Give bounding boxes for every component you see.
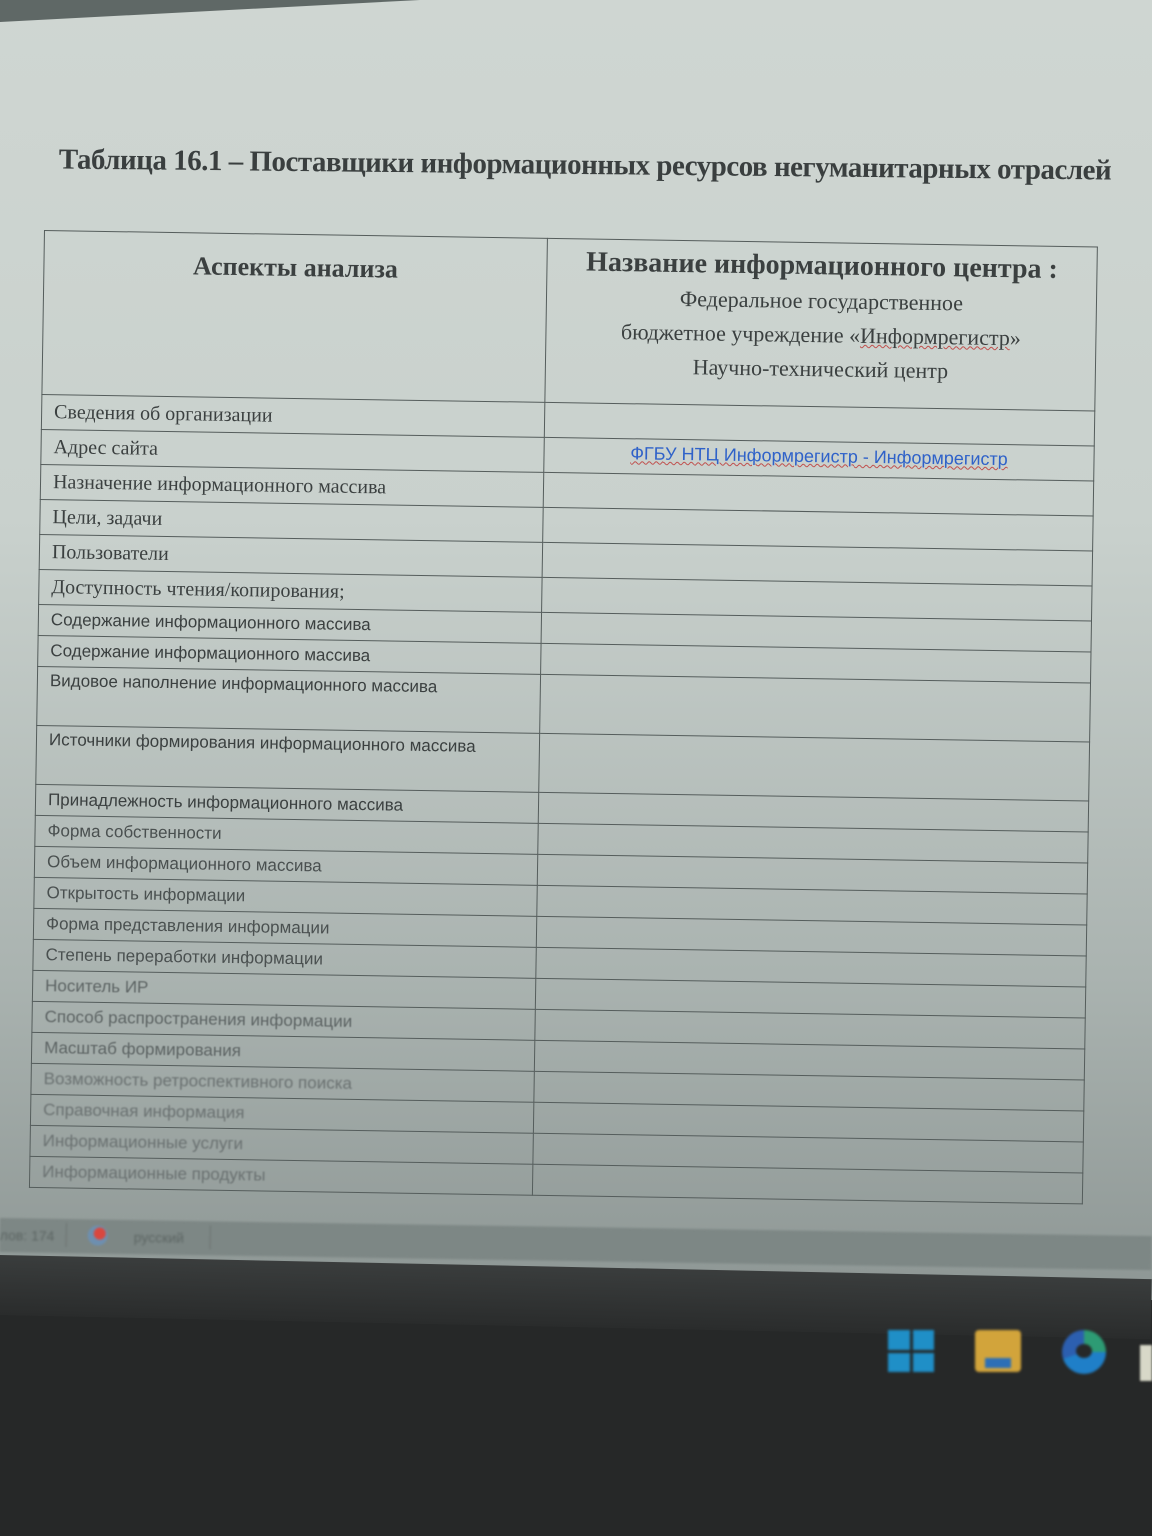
- aspect-label[interactable]: Источники формирования информационного м…: [36, 725, 540, 792]
- edge-browser-icon[interactable]: [1062, 1330, 1106, 1374]
- table-caption: Таблица 16.1 – Поставщики информационных…: [40, 142, 1130, 187]
- header-org-line1: Федеральное государственное: [680, 286, 964, 315]
- statusbar-divider: [66, 1223, 67, 1247]
- aspect-value-cell[interactable]: [540, 674, 1091, 742]
- header-org-line2-suffix: »: [1010, 325, 1021, 350]
- header-center-name[interactable]: Название информационного центра : Федера…: [545, 238, 1098, 411]
- header-separator: :: [1041, 254, 1058, 285]
- aspects-table: Аспекты анализа Название информационного…: [29, 230, 1098, 1204]
- aspects-table-container: Аспекты анализа Название информационного…: [29, 230, 1098, 1204]
- table-header-row: Аспекты анализа Название информационного…: [42, 231, 1097, 412]
- statusbar-divider: [210, 1225, 211, 1249]
- header-center-name-label: Название информационного центра: [586, 247, 1042, 285]
- table-body: Сведения об организацииАдрес сайтаФГБУ Н…: [29, 394, 1094, 1203]
- header-org-line2-prefix: бюджетное учреждение «: [621, 319, 860, 348]
- header-org-line3: Научно-технический центр: [693, 354, 949, 383]
- aspect-value-cell[interactable]: [539, 733, 1090, 801]
- spellcheck-icon[interactable]: [88, 1225, 108, 1245]
- language-indicator[interactable]: русский: [134, 1229, 184, 1246]
- file-explorer-icon[interactable]: [975, 1330, 1021, 1372]
- aspect-label[interactable]: Видовое наполнение информационного масси…: [37, 666, 541, 733]
- windows-start-icon[interactable]: [888, 1330, 934, 1372]
- header-aspects[interactable]: Аспекты анализа: [42, 231, 548, 403]
- word-count[interactable]: лов: 174: [0, 1227, 55, 1244]
- header-org-name: Информрегистр: [860, 323, 1010, 350]
- taskbar-app-icon[interactable]: [1140, 1345, 1152, 1381]
